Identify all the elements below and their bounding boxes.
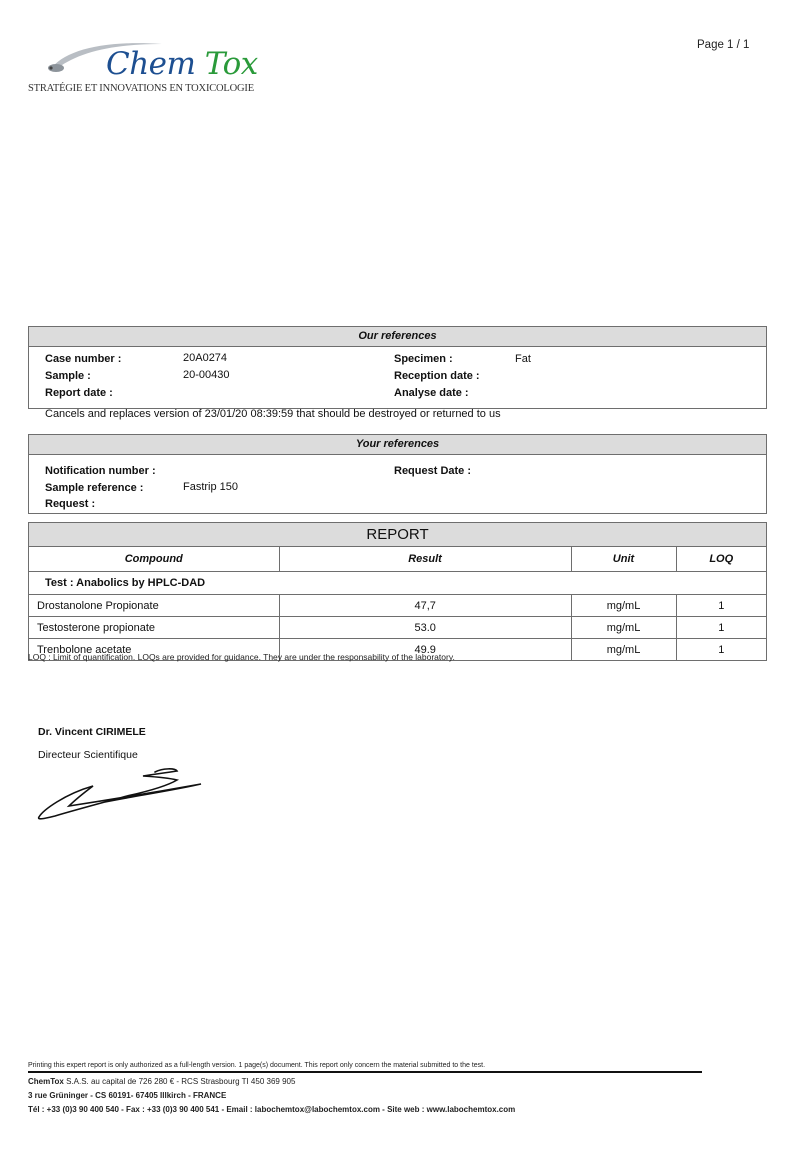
reception-date-label: Reception date : bbox=[394, 370, 480, 382]
signature-icon bbox=[35, 762, 210, 827]
test-method-label: Test : Anabolics by HPLC-DAD bbox=[29, 572, 766, 595]
specimen-label: Specimen : bbox=[394, 353, 453, 365]
footer-contact: Tél : +33 (0)3 90 400 540 - Fax : +33 (0… bbox=[28, 1105, 515, 1114]
column-header-unit: Unit bbox=[571, 547, 676, 572]
your-references-box: Your references Notification number : Sa… bbox=[28, 434, 767, 514]
signatory-name: Dr. Vincent CIRIMELE bbox=[38, 726, 146, 738]
company-logo: Chem Tox STRATÉGIE ET INNOVATIONS EN TOX… bbox=[28, 34, 258, 94]
logo-wordmark: Chem Tox bbox=[106, 46, 258, 82]
logo-tagline: STRATÉGIE ET INNOVATIONS EN TOXICOLOGIE bbox=[28, 83, 254, 94]
table-row: Drostanolone Propionate 47,7 mg/mL 1 bbox=[29, 595, 766, 617]
report-title: REPORT bbox=[29, 523, 766, 547]
report-date-label: Report date : bbox=[45, 387, 113, 399]
specimen-value: Fat bbox=[515, 353, 531, 365]
unit-cell: mg/mL bbox=[571, 595, 676, 617]
column-header-result: Result bbox=[279, 547, 571, 572]
unit-cell: mg/mL bbox=[571, 639, 676, 661]
result-cell: 47,7 bbox=[279, 595, 571, 617]
footer-disclaimer: Printing this expert report is only auth… bbox=[28, 1062, 485, 1069]
test-method-row: Test : Anabolics by HPLC-DAD bbox=[29, 572, 766, 595]
signatory-title: Directeur Scientifique bbox=[38, 749, 138, 761]
report-table-box: REPORT Compound Result Unit LOQ Test : A… bbox=[28, 522, 767, 661]
unit-cell: mg/mL bbox=[571, 617, 676, 639]
compound-cell: Drostanolone Propionate bbox=[29, 595, 279, 617]
footer-address: 3 rue Grüninger - CS 60191- 67405 Illkir… bbox=[28, 1091, 226, 1100]
notification-number-label: Notification number : bbox=[45, 465, 156, 477]
request-label: Request : bbox=[45, 498, 95, 510]
sample-value: 20-00430 bbox=[183, 369, 230, 381]
analyse-date-label: Analyse date : bbox=[394, 387, 469, 399]
loq-cell: 1 bbox=[676, 617, 766, 639]
loq-cell: 1 bbox=[676, 595, 766, 617]
our-references-title: Our references bbox=[29, 327, 766, 347]
logo-chem-text: Chem bbox=[106, 46, 195, 82]
page-indicator: Page 1 / 1 bbox=[697, 39, 749, 51]
request-date-label: Request Date : bbox=[394, 465, 471, 477]
compound-cell: Testosterone propionate bbox=[29, 617, 279, 639]
result-cell: 53.0 bbox=[279, 617, 571, 639]
sample-reference-label: Sample reference : bbox=[45, 482, 143, 494]
our-references-box: Our references Case number : 20A0274 Sam… bbox=[28, 326, 767, 409]
footer-divider bbox=[28, 1071, 702, 1073]
sample-reference-value: Fastrip 150 bbox=[183, 481, 238, 493]
footer-company: ChemTox S.A.S. au capital de 726 280 € -… bbox=[28, 1077, 295, 1086]
column-header-loq: LOQ bbox=[676, 547, 766, 572]
your-references-title: Your references bbox=[29, 435, 766, 455]
cancel-replace-note: Cancels and replaces version of 23/01/20… bbox=[45, 408, 501, 420]
column-header-compound: Compound bbox=[29, 547, 279, 572]
footer-company-details: S.A.S. au capital de 726 280 € - RCS Str… bbox=[64, 1077, 296, 1086]
table-row: Testosterone propionate 53.0 mg/mL 1 bbox=[29, 617, 766, 639]
table-header-row: Compound Result Unit LOQ bbox=[29, 547, 766, 572]
loq-cell: 1 bbox=[676, 639, 766, 661]
footer-company-name: ChemTox bbox=[28, 1077, 64, 1086]
sample-label: Sample : bbox=[45, 370, 91, 382]
logo-tox-text: Tox bbox=[205, 46, 258, 82]
case-number-label: Case number : bbox=[45, 353, 121, 365]
results-table: Compound Result Unit LOQ Test : Anabolic… bbox=[29, 547, 766, 660]
case-number-value: 20A0274 bbox=[183, 352, 227, 364]
loq-footnote: LOQ : Limit of quantification. LOQs are … bbox=[28, 652, 455, 662]
